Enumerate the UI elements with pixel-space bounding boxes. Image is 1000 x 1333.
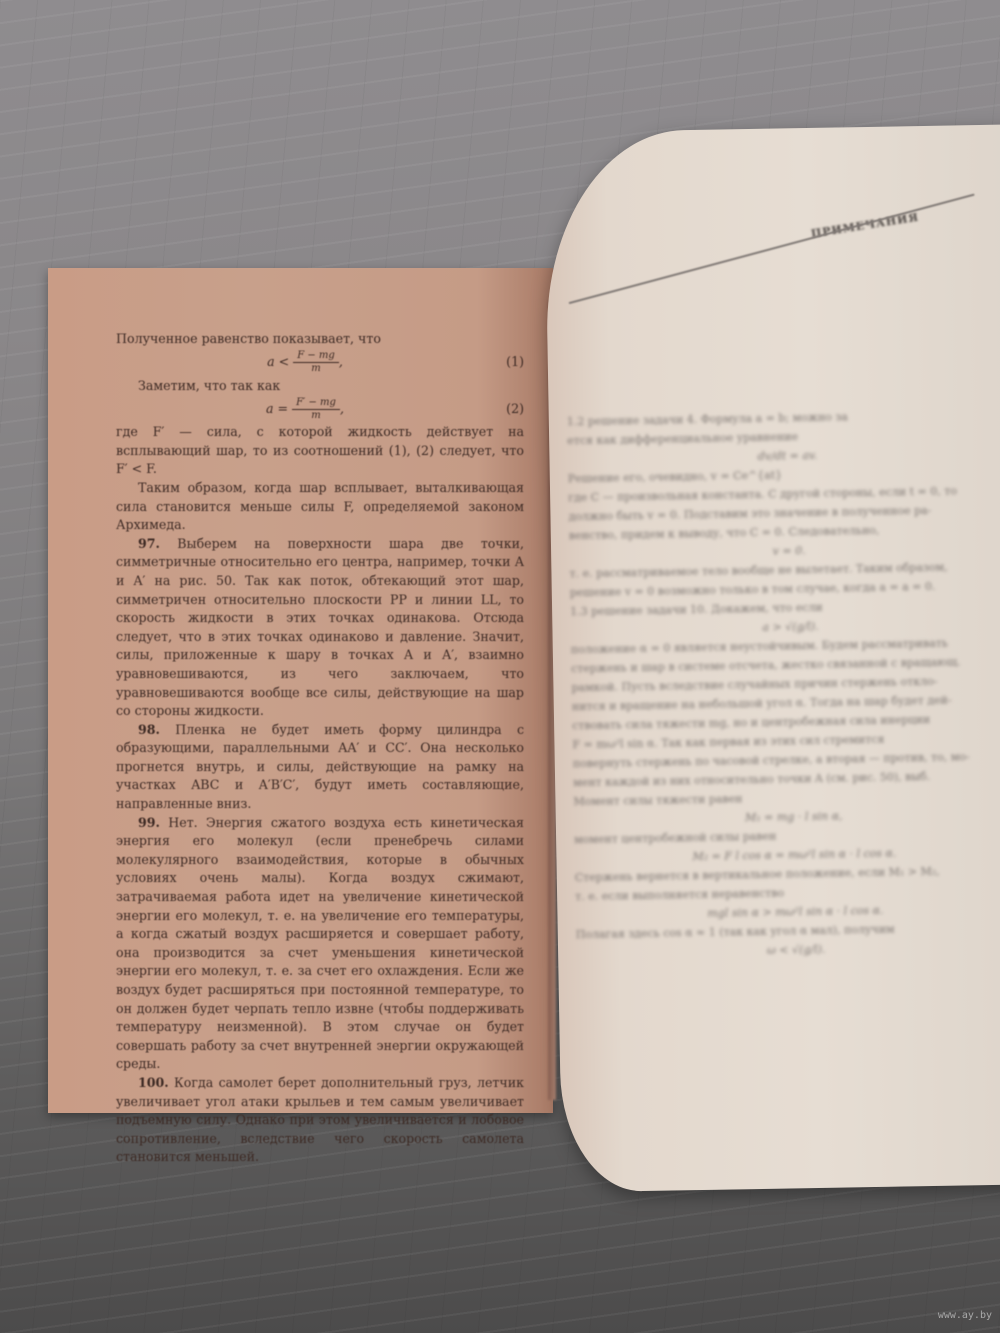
formula-lhs: a = — [266, 401, 288, 416]
answer-number: 97. — [138, 536, 160, 551]
answer-98: 98. Пленка не будет иметь форму цилиндра… — [116, 721, 524, 814]
fraction-numerator: F − mg — [293, 350, 339, 363]
answer-100: 100. Когда самолет берет дополнительный … — [116, 1074, 524, 1167]
answer-number: 99. — [138, 815, 160, 830]
answer-number: 98. — [138, 722, 160, 737]
formula-lhs: a < — [267, 354, 289, 369]
equation-number: (2) — [494, 400, 524, 419]
formula-punct: , — [339, 354, 343, 369]
equation-number: (1) — [494, 353, 524, 372]
answer-text: Нет. Энергия сжатого воздуха есть кинети… — [116, 815, 524, 1072]
answer-99: 99. Нет. Энергия сжатого воздуха есть ки… — [116, 814, 524, 1074]
right-page-text: 1.2 решение задачи 4. Формула a = b; мож… — [567, 405, 1000, 964]
fraction-denominator: m — [292, 410, 340, 422]
formula-1: a < F − mg m , (1) — [116, 349, 524, 377]
formula-2: a = F′ − mg m , (2) — [116, 395, 524, 423]
answer-97: 97. Выберем на поверхности шара две точк… — [116, 535, 524, 721]
paragraph: Таким образом, когда шар всплывает, выта… — [116, 479, 524, 535]
fraction: F − mg m — [293, 350, 339, 375]
fraction: F′ − mg m — [292, 397, 340, 422]
answer-text: Выберем на поверхности шара две точки, с… — [116, 536, 524, 718]
running-header: ПРИМЕЧАНИЯ — [810, 211, 920, 241]
text-line: Полученное равенство показывает, что — [116, 330, 524, 349]
answer-text: Когда самолет берет дополнительный груз,… — [116, 1075, 524, 1164]
formula-punct: , — [340, 401, 344, 416]
fraction-numerator: F′ − mg — [292, 397, 340, 410]
site-watermark: www.ay.by — [938, 1310, 992, 1321]
right-book-page: ПРИМЕЧАНИЯ 1.2 решение задачи 4. Формула… — [544, 124, 1000, 1193]
left-page-text: Полученное равенство показывает, что a <… — [116, 330, 524, 1167]
paragraph: где F′ — сила, с которой жидкость действ… — [116, 423, 524, 479]
header-rule — [569, 194, 975, 305]
left-book-page: Полученное равенство показывает, что a <… — [48, 268, 553, 1113]
answer-number: 100. — [138, 1075, 169, 1090]
text-line: Заметим, что так как — [116, 377, 524, 396]
fraction-denominator: m — [293, 363, 339, 375]
answer-text: Пленка не будет иметь форму цилиндра с о… — [116, 722, 524, 811]
